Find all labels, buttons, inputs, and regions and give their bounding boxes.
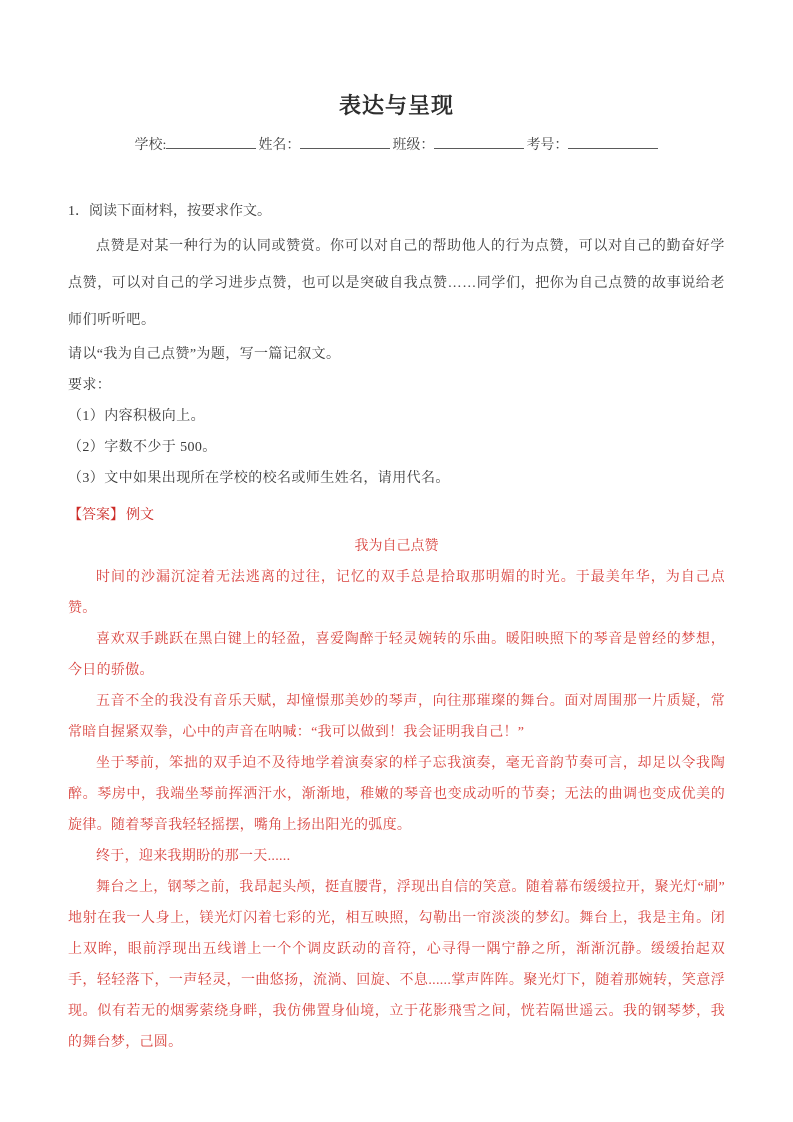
question-material: 点赞是对某一种行为的认同或赞赏。你可以对自己的帮助他人的行为点赞，可以对自己的勤…	[68, 228, 725, 339]
requirement-item-1: （1）内容积极向上。	[68, 401, 725, 432]
question-number: 1．	[68, 204, 89, 219]
answer-type-label: 例文	[126, 508, 154, 523]
field-exam-number-label: 考号：	[526, 135, 568, 157]
student-info-row: 学校:姓名：班级：考号：	[68, 134, 725, 157]
field-class: 班级：	[392, 134, 524, 157]
page-title: 表达与呈现	[68, 92, 725, 119]
field-name: 姓名：	[258, 134, 390, 157]
field-school-blank	[166, 134, 256, 149]
field-class-label: 班级：	[392, 135, 434, 157]
essay-paragraph-4: 坐于琴前，笨拙的双手迫不及待地学着演奏家的样子忘我演奏，毫无音韵节奏可言，却足以…	[68, 748, 725, 841]
question-task: 请以“我为自己点赞”为题，写一篇记叙文。	[68, 339, 725, 370]
field-name-blank	[300, 134, 390, 149]
field-exam-number: 考号：	[526, 134, 658, 157]
field-name-label: 姓名：	[258, 135, 300, 157]
question-intro: 1．阅读下面材料，按要求作文。	[68, 195, 725, 228]
question-section: 1．阅读下面材料，按要求作文。 点赞是对某一种行为的认同或赞赏。你可以对自己的帮…	[68, 195, 725, 494]
field-school-label: 学校:	[135, 135, 167, 157]
field-class-blank	[434, 134, 524, 149]
essay-paragraph-6: 舞台之上，钢琴之前，我昂起头颅，挺直腰背，浮现出自信的笑意。随着幕布缓缓拉开，聚…	[68, 872, 725, 1058]
document-page: 表达与呈现 学校:姓名：班级：考号： 1．阅读下面材料，按要求作文。 点赞是对某…	[0, 0, 793, 1122]
essay-paragraph-1: 时间的沙漏沉淀着无法逃离的过往，记忆的双手总是拾取那明媚的时光。于最美年华，为自…	[68, 562, 725, 624]
essay-paragraph-5: 终于，迎来我期盼的那一天......	[68, 841, 725, 872]
requirement-item-2: （2）字数不少于 500。	[68, 432, 725, 463]
essay-title: 我为自己点赞	[68, 531, 725, 562]
requirement-item-3: （3）文中如果出现所在学校的校名或师生姓名，请用代名。	[68, 463, 725, 494]
answer-label: 【答案】	[68, 508, 124, 523]
essay-paragraph-2: 喜欢双手跳跃在黑白键上的轻盈，喜爱陶醉于轻灵婉转的乐曲。暖阳映照下的琴音是曾经的…	[68, 624, 725, 686]
question-prompt: 阅读下面材料，按要求作文。	[89, 204, 271, 219]
field-school: 学校:	[135, 134, 257, 157]
essay-paragraph-3: 五音不全的我没有音乐天赋，却憧憬那美妙的琴声，向往那璀璨的舞台。面对周围那一片质…	[68, 686, 725, 748]
field-exam-number-blank	[568, 134, 658, 149]
answer-section: 【答案】例文 我为自己点赞 时间的沙漏沉淀着无法逃离的过往，记忆的双手总是拾取那…	[68, 500, 725, 1058]
requirements-label: 要求：	[68, 370, 725, 401]
answer-label-line: 【答案】例文	[68, 500, 725, 531]
